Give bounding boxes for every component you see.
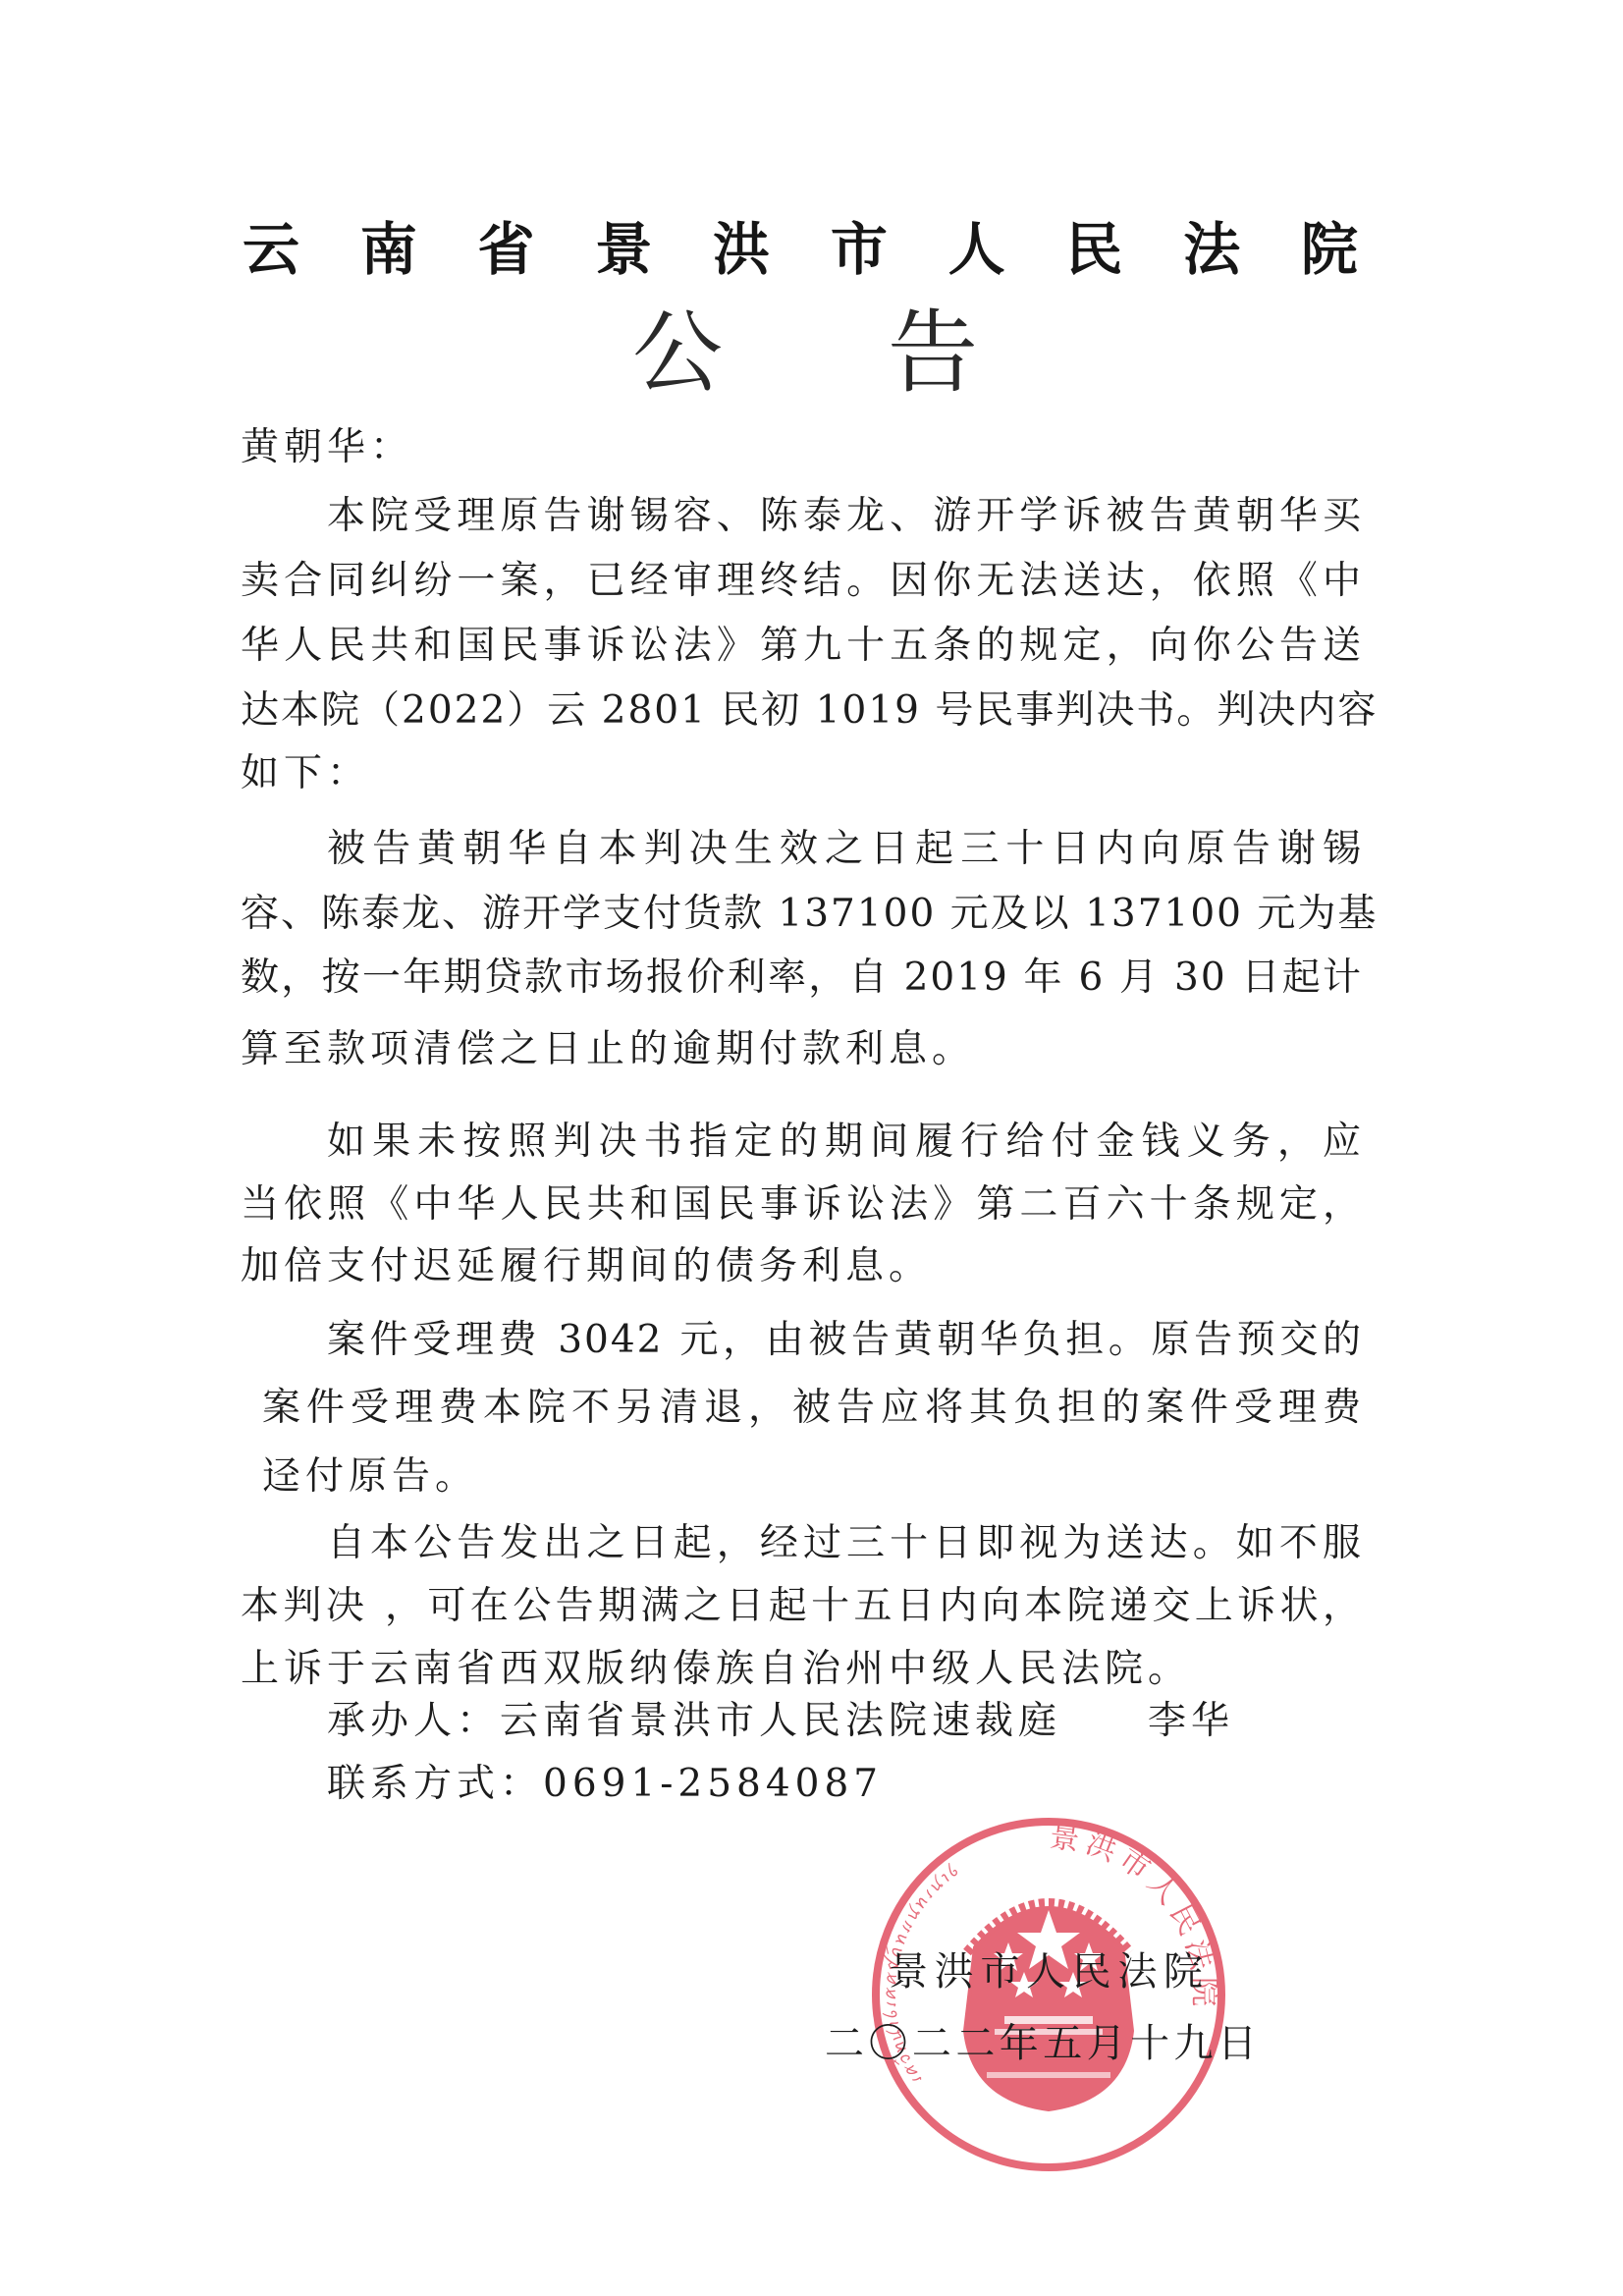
body-line: 案件受理费 3042 元，由被告黄朝华负担。原告预交的 <box>241 1313 1363 1368</box>
court-notice-page: 云 南 省 景 洪 市 人 民 法 院 公 告 黄朝华： 本院受理原告谢锡容、陈… <box>0 0 1623 2296</box>
court-title-char: 云 <box>241 214 301 285</box>
body-line: 容、陈泰龙、游开学支付货款 137100 元及以 137100 元为基 <box>241 887 1363 942</box>
contact-line: 联系方式：0691-2584087 <box>241 1757 1363 1812</box>
court-title-char: 省 <box>476 214 537 285</box>
body-line: 如果未按照判决书指定的期间履行给付金钱义务，应 <box>241 1115 1363 1170</box>
court-title-char: 市 <box>829 214 890 285</box>
court-title-char: 人 <box>947 214 1007 285</box>
body-line: 自本公告发出之日起，经过三十日即视为送达。如不服 <box>241 1516 1363 1571</box>
body-line: 数，按一年期贷款市场报价利率，自 2019 年 6 月 30 日起计 <box>241 951 1363 1006</box>
issue-date: 二〇二二年五月十九日 <box>825 2016 1257 2071</box>
issuing-court-signature: 景洪市人民法院 <box>889 1944 1203 1999</box>
body-line: 被告黄朝华自本判决生效之日起三十日内向原告谢锡 <box>241 822 1363 877</box>
court-title-char: 南 <box>358 214 419 285</box>
body-line: 华人民共和国民事诉讼法》第九十五条的规定，向你公告送 <box>241 619 1363 674</box>
court-title-char: 景 <box>593 214 654 285</box>
court-title-char: 法 <box>1181 214 1242 285</box>
body-line: 加倍支付迟延履行期间的债务利息。 <box>241 1239 1363 1294</box>
court-title: 云 南 省 景 洪 市 人 民 法 院 <box>241 214 1360 285</box>
notice-title-char: 公 <box>628 300 727 408</box>
body-line: 当依照《中华人民共和国民事诉讼法》第二百六十条规定， <box>241 1177 1363 1232</box>
body-line: 上诉于云南省西双版纳傣族自治州中级人民法院。 <box>241 1642 1363 1697</box>
body-line: 卖合同纠纷一案，已经审理终结。因你无法送达，依照《中 <box>241 554 1363 609</box>
body-line: 迳付原告。 <box>241 1449 1363 1504</box>
notice-title-char: 告 <box>884 300 982 408</box>
body-line: 本判决 ，可在公告期满之日起十五日内向本院递交上诉状， <box>241 1579 1363 1634</box>
court-title-char: 民 <box>1063 214 1124 285</box>
court-title-char: 院 <box>1299 214 1360 285</box>
notice-title: 公 告 <box>628 300 982 408</box>
salutation: 黄朝华： <box>241 420 1363 475</box>
body-line: 本院受理原告谢锡容、陈泰龙、游开学诉被告黄朝华买 <box>241 489 1363 544</box>
handler-line: 承办人：云南省景洪市人民法院速裁庭 李华 <box>241 1694 1363 1749</box>
body-line: 算至款项清偿之日止的逾期付款利息。 <box>241 1022 1363 1077</box>
body-line: 案件受理费本院不另清退，被告应将其负担的案件受理费 <box>241 1381 1363 1436</box>
body-line: 如下： <box>241 746 1363 801</box>
body-line: 达本院（2022）云 2801 民初 1019 号民事判决书。判决内容 <box>241 683 1363 738</box>
court-title-char: 洪 <box>711 214 772 285</box>
